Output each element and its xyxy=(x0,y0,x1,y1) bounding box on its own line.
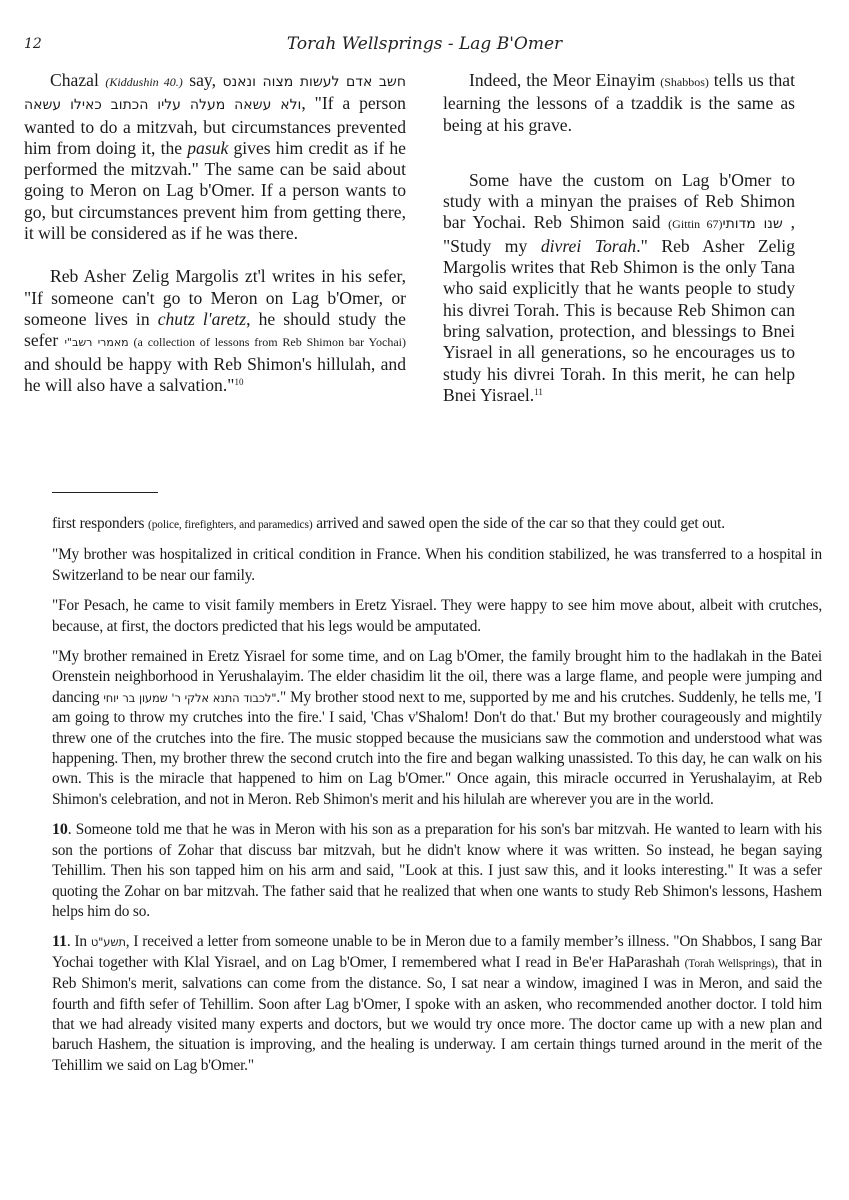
footnote-11: 11. In תשע"ט, I received a letter from s… xyxy=(52,932,822,1076)
text: ." Reb Asher Zelig Margolis writes that … xyxy=(443,236,795,405)
footnotes: first responders (police, firefighters, … xyxy=(52,514,822,1086)
footnote-number: 10 xyxy=(52,821,68,838)
hebrew-quote: "לכבוד התנא אלקי ר' שמעון בר יוחי xyxy=(103,691,276,705)
paragraph-margolis: Reb Asher Zelig Margolis zt'l writes in … xyxy=(24,266,406,396)
italic-term: chutz l'aretz xyxy=(158,309,246,329)
text: ." My brother stood next to me, supporte… xyxy=(52,689,822,808)
paragraph-custom: Some have the custom on Lag b'Omer to st… xyxy=(443,170,795,406)
source-reference: (Kiddushin 40.) xyxy=(105,75,182,89)
footnote-paragraph: "My brother was hospitalized in critical… xyxy=(52,545,822,586)
parenthetical-note: (Torah Wellsprings) xyxy=(685,958,775,970)
italic-term: divrei Torah xyxy=(541,236,636,256)
footnote-ref[interactable]: 11 xyxy=(534,387,543,397)
hebrew-year: תשע"ט xyxy=(91,935,126,949)
text: . In xyxy=(67,933,91,950)
paragraph-meor-einayim: Indeed, the Meor Einayim (Shabbos) tells… xyxy=(443,70,795,136)
text: say, xyxy=(183,70,223,90)
source-reference: (Gittin 67) xyxy=(668,217,722,231)
right-column: Indeed, the Meor Einayim (Shabbos) tells… xyxy=(443,70,795,428)
text: and should be happy with Reb Shimon's hi… xyxy=(24,354,406,395)
footnote-continuation: first responders (police, firefighters, … xyxy=(52,514,822,535)
italic-term: pasuk xyxy=(187,138,228,158)
source-reference: (Shabbos) xyxy=(660,75,709,89)
footnote-paragraph: "For Pesach, he came to visit family mem… xyxy=(52,596,822,637)
text: , that in Reb Shimon's merit, salvations… xyxy=(52,954,822,1074)
text: Indeed, the Meor Einayim xyxy=(469,70,660,90)
paragraph-chazal: Chazal (Kiddushin 40.) say, חשב אדם לעשו… xyxy=(24,70,406,244)
footnote-ref[interactable]: 10 xyxy=(234,377,243,387)
footnote-number: 11 xyxy=(52,933,67,950)
text: first responders xyxy=(52,515,148,532)
running-title: Torah Wellsprings - Lag B'Omer xyxy=(0,34,849,54)
left-column: Chazal (Kiddushin 40.) say, חשב אדם לעשו… xyxy=(24,70,406,418)
hebrew-title: מאמרי רשב"י xyxy=(64,336,128,349)
parenthetical-note: (police, firefighters, and paramedics) xyxy=(148,519,313,531)
text: arrived and sawed open the side of the c… xyxy=(313,515,725,532)
text: Chazal xyxy=(50,70,105,90)
footnote-paragraph: "My brother remained in Eretz Yisrael fo… xyxy=(52,647,822,810)
parenthetical-note: (a collection of lessons from Reb Shimon… xyxy=(129,335,406,349)
footnote-10: 10. Someone told me that he was in Meron… xyxy=(52,820,822,922)
text: . Someone told me that he was in Meron w… xyxy=(52,821,822,920)
footnote-separator xyxy=(52,492,158,493)
page-header: 12 Torah Wellsprings - Lag B'Omer xyxy=(0,30,849,60)
hebrew-quote: שנו מדותי xyxy=(722,216,790,232)
